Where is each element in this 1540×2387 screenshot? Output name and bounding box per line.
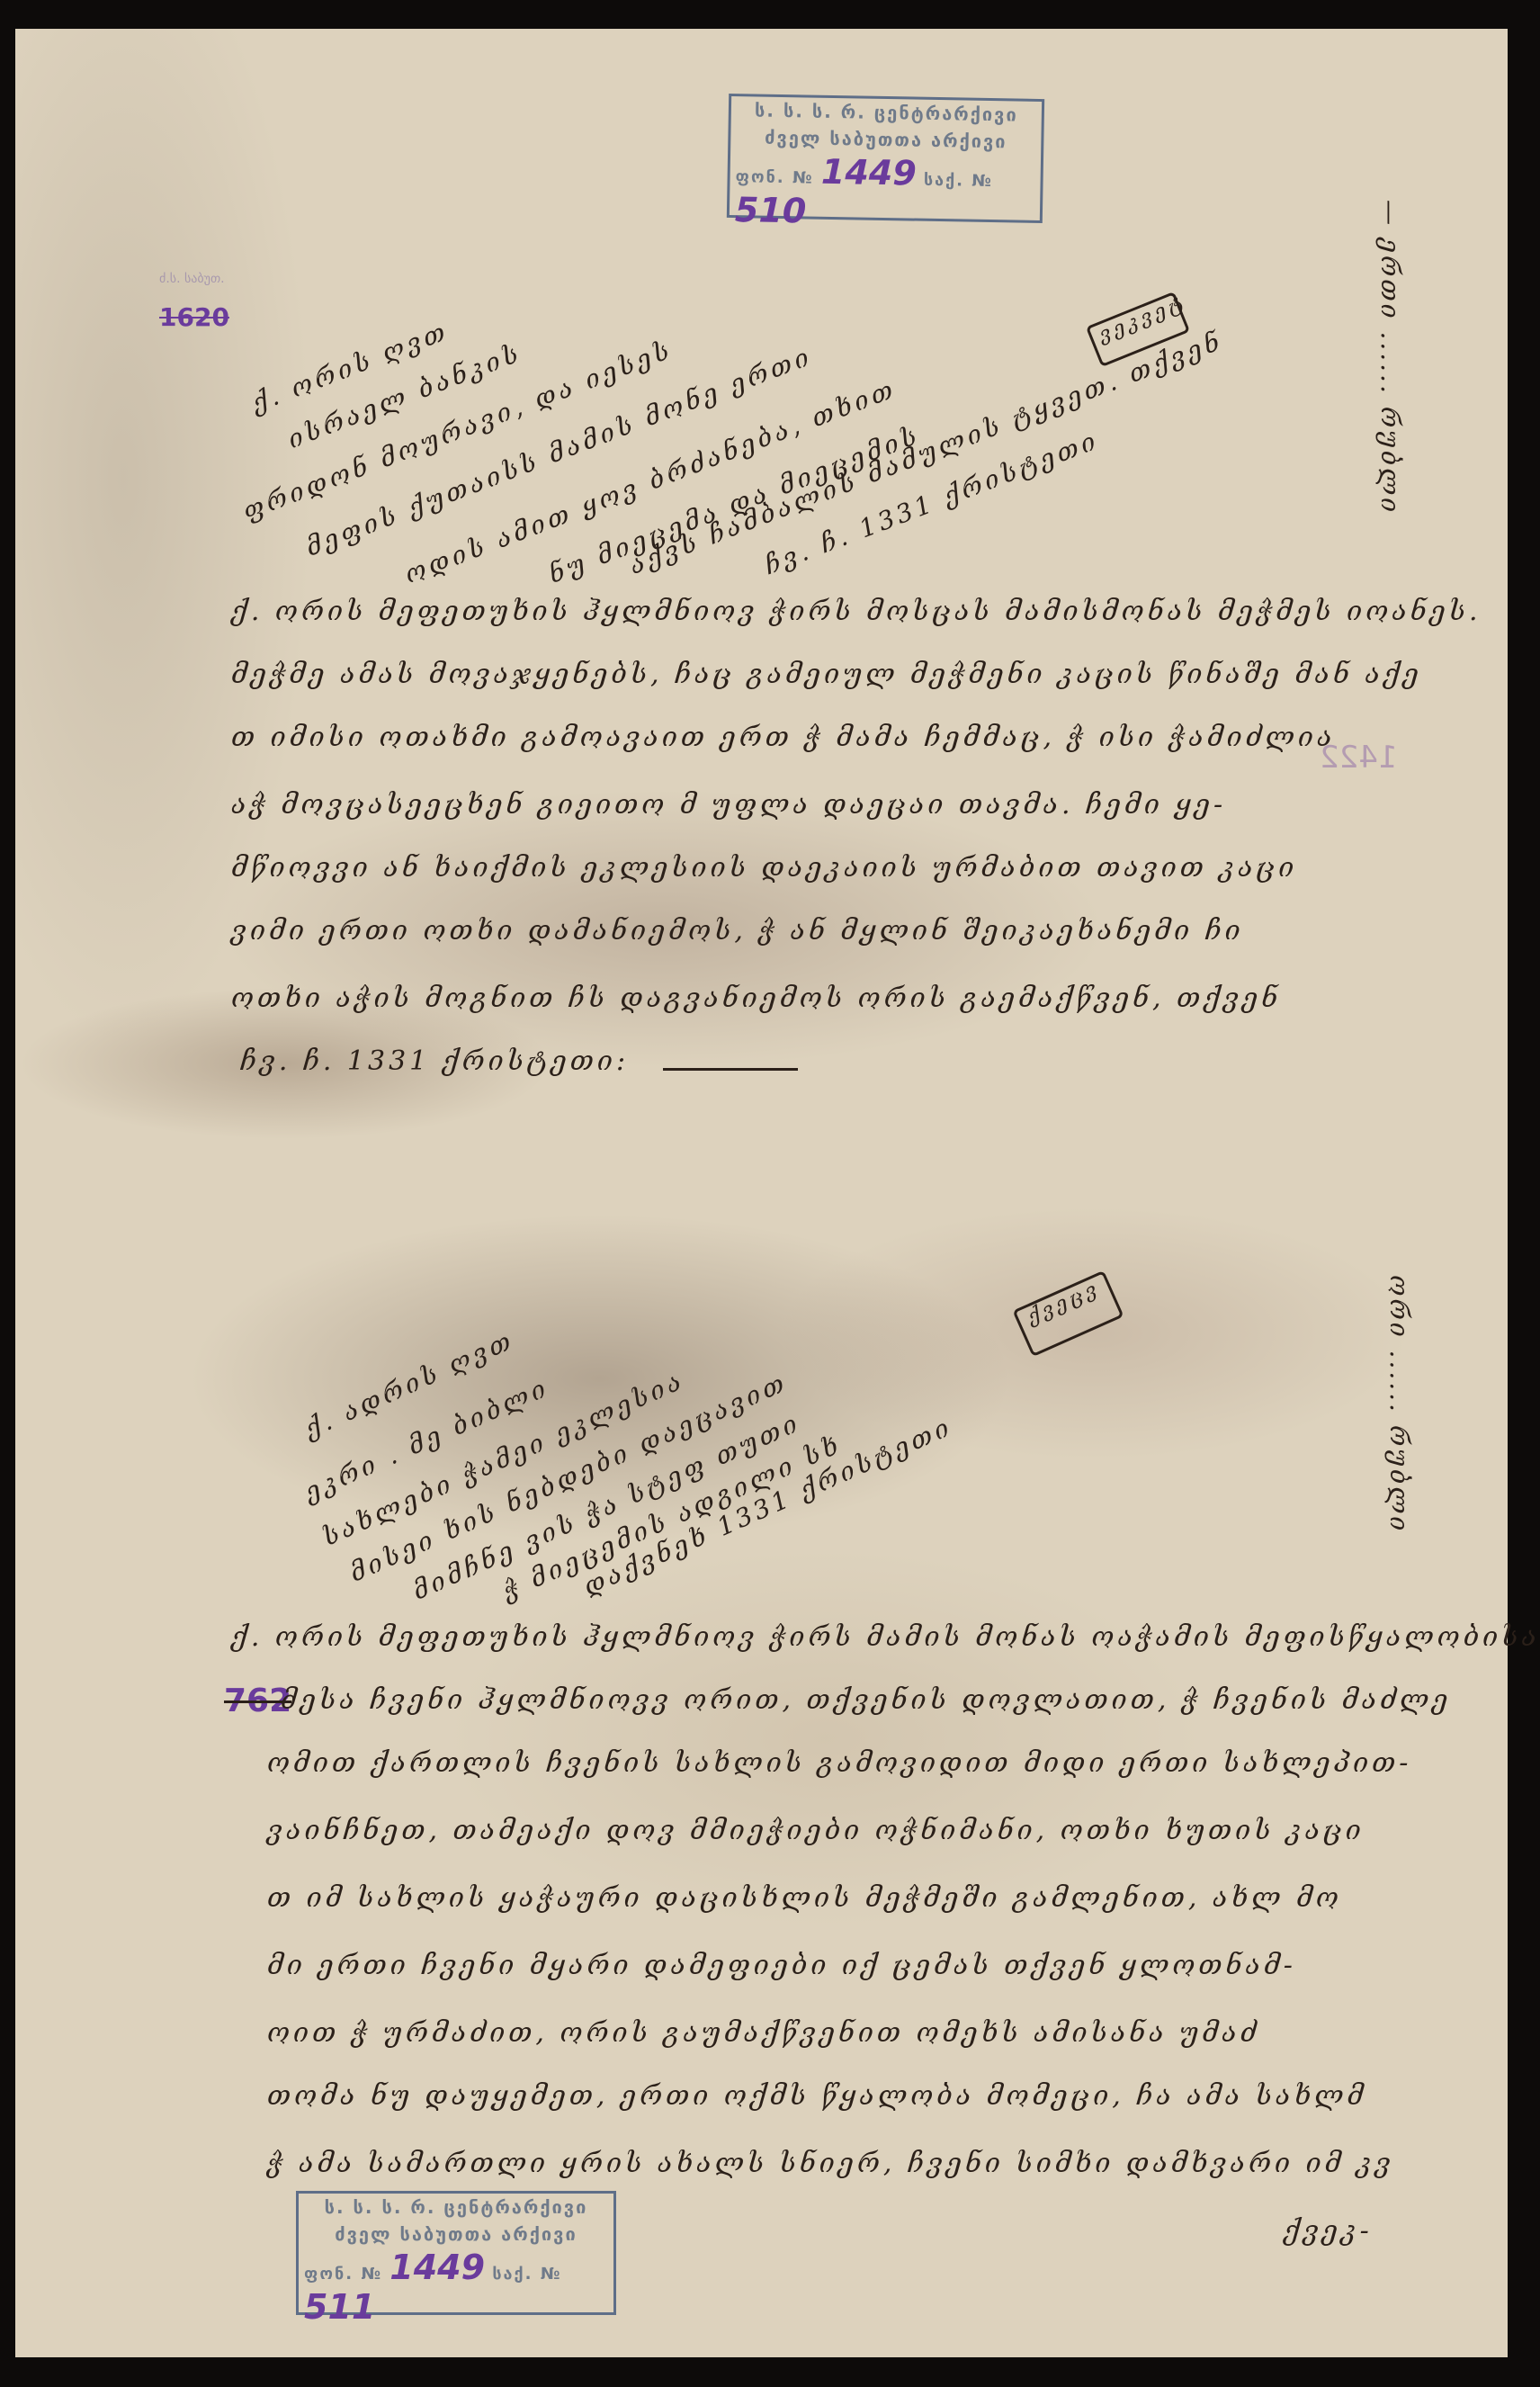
small-stamp-text: ძ.ს. საბუთ.	[159, 272, 249, 286]
sak-number: 510	[735, 190, 807, 230]
fond-label: ფონ. №	[735, 167, 813, 188]
archive-stamp-top: ს. ს. ს. რ. ცენტრარქივი ძველ საბუთთა არქ…	[727, 94, 1044, 223]
margin-note-middle-right: ორი ...... რუბლი	[1384, 1275, 1414, 1533]
boxed-note-text: ქვეცვ	[1016, 1278, 1104, 1333]
margin-note-top-right: — ერთი ...... რუბლი	[1375, 200, 1405, 515]
sak-label: საქ. №	[492, 2265, 561, 2284]
signature: ქვეკ-	[1284, 2215, 1373, 2247]
stamp-line-3: ფონ. № 1449 საქ. № 511	[299, 2248, 613, 2327]
body-line: ქ. ორის მეფეთუხის ჰყლმნიოვ ჭირს მამის მო…	[231, 1621, 1540, 1653]
manuscript-page: ს. ს. ს. რ. ცენტრარქივი ძველ საბუთთა არქ…	[15, 29, 1508, 2357]
body-line: თომა ნუ დაუყემეთ, ერთი ოქმს წყალობა მომე…	[267, 2080, 1366, 2112]
sak-number: 511	[304, 2287, 375, 2327]
stamp-line-1: ს. ს. ს. რ. ცენტრარქივი	[299, 2194, 613, 2221]
stamp-line-2: ძველ საბუთთა არქივი	[299, 2221, 613, 2248]
bleed-through-number: 1422	[1320, 740, 1398, 776]
boxed-note-middle: ქვეცვ	[1012, 1270, 1124, 1357]
fond-number: 1449	[821, 152, 918, 193]
fond-label: ფონ. №	[304, 2265, 382, 2284]
body-line: ვაინჩნეთ, თამეაქი დოვ მმიეჭიები ოჭნიმანი…	[267, 1815, 1365, 1846]
body-line: ქ. ორის მეფეთუხის ჰყლმნიოვ ჭირს მოსცას მ…	[231, 596, 1482, 627]
body-line: მი ერთი ჩვენი მყარი დამეფიები იქ ცემას თ…	[267, 1950, 1296, 1981]
body-line: ჩვ. ჩ. 1331 ქრისტეთი:	[240, 1045, 629, 1077]
body-line: თ იმ სახლის ყაჭაური დაცისხლის მეჭმეში გა…	[267, 1882, 1342, 1914]
body-line: მეჭმე ამას მოვაჯყენებს, ჩაც გამეიულ მეჭმ…	[231, 659, 1422, 690]
stamp-line-3: ფონ. № 1449 საქ. № 510	[730, 150, 1041, 235]
body-line: ომით ქართლის ჩვენის სახლის გამოვიდით მიდ…	[267, 1747, 1411, 1779]
body-line: ოთხი აჭის მოგნით ჩს დაგვანიემოს ორის გაე…	[231, 983, 1281, 1014]
body-line: აჭ მოვცასეეცხენ გიეითო მ უფლა დაეცაი თავ…	[231, 789, 1226, 821]
body-line: თ იმისი ოთახმი გამოავაით ერთ ჭ მამა ჩემმ…	[231, 722, 1335, 753]
fond-number: 1449	[389, 2248, 485, 2287]
body-line: მესა ჩვენი ჰყლმნიოვვ ორით, თქვენის დოვლა…	[281, 1684, 1451, 1716]
small-stamp-number: 1620	[159, 302, 249, 332]
archive-stamp-small: ძ.ს. საბუთ. 1620	[159, 272, 249, 353]
sak-label: საქ. №	[924, 171, 993, 191]
archive-stamp-bottom: ს. ს. ს. რ. ცენტრარქივი ძველ საბუთთა არქ…	[296, 2191, 616, 2315]
body-line: ვიმი ერთი ოთხი დამანიემოს, ჭ ან მყლინ შე…	[231, 915, 1244, 947]
body-line: ოით ჭ ურმაძით, ორის გაუმაქწვენით ომეხს ა…	[267, 2017, 1260, 2049]
body-line: მწიოვვი ან ხაიქმის ეკლესიის დაეკაიის ურმ…	[231, 852, 1297, 884]
closing-rule	[663, 1068, 798, 1071]
body-line: ჭ ამა სამართლი ყრის ახალს სნიერ, ჩვენი ს…	[267, 2148, 1394, 2179]
